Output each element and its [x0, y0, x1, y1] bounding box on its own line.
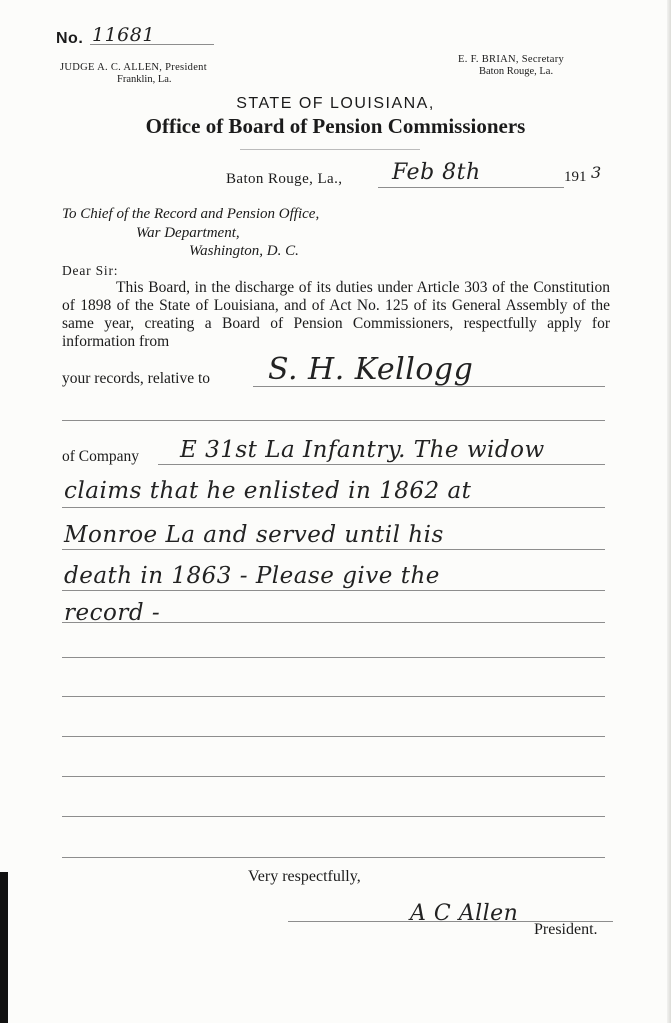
- president-header-name: JUDGE A. C. ALLEN, President: [60, 62, 207, 73]
- pension-form-page: No. 11681 JUDGE A. C. ALLEN, President F…: [0, 0, 671, 1023]
- blank-rule: [62, 420, 605, 421]
- name-rule: [253, 386, 605, 387]
- claim-rule-1: [62, 507, 605, 508]
- claim-line-2: Monroe La and served until his: [64, 522, 444, 548]
- salutation: Dear Sir:: [62, 263, 118, 279]
- claim-rule-4: [62, 622, 605, 623]
- blank-rule: [62, 657, 605, 658]
- blank-rule: [62, 857, 605, 858]
- form-number-rule: [90, 44, 214, 45]
- relative-label: your records, relative to: [62, 370, 210, 388]
- company-handwritten: E 31st La Infantry. The widow: [180, 437, 545, 463]
- president-header-city: Franklin, La.: [117, 74, 172, 85]
- scan-edge-shadow: [0, 872, 8, 1023]
- date-rule: [378, 187, 564, 188]
- blank-rule: [62, 776, 605, 777]
- soldier-name-handwritten: S. H. Kellogg: [268, 352, 473, 387]
- claim-rule-3: [62, 590, 605, 591]
- addressee-line-3: Washington, D. C.: [189, 243, 299, 260]
- body-paragraph-text: This Board, in the discharge of its duti…: [62, 279, 610, 351]
- place-label: Baton Rouge, La.,: [226, 171, 342, 188]
- date-handwritten: Feb 8th: [392, 160, 481, 185]
- blank-rule: [62, 736, 605, 737]
- blank-rule: [62, 696, 605, 697]
- office-heading: Office of Board of Pension Commissioners: [0, 114, 671, 139]
- company-label: of Company: [62, 448, 139, 466]
- body-paragraph: This Board, in the discharge of its duti…: [62, 279, 610, 351]
- form-number-value: 11681: [92, 24, 155, 46]
- company-rule: [158, 464, 605, 465]
- closing: Very respectfully,: [248, 868, 361, 886]
- year-prefix: 191: [564, 169, 587, 186]
- secretary-header-name: E. F. BRIAN, Secretary: [458, 54, 564, 65]
- scan-edge-right: [667, 0, 671, 1023]
- addressee-line-1: To Chief of the Record and Pension Offic…: [62, 206, 319, 223]
- form-number-label: No.: [56, 30, 83, 48]
- signature-title: President.: [534, 921, 598, 939]
- year-suffix-handwritten: 3: [591, 163, 602, 182]
- claim-line-1: claims that he enlisted in 1862 at: [64, 478, 471, 504]
- heading-divider: [240, 149, 420, 150]
- state-heading: STATE OF LOUISIANA,: [0, 95, 671, 113]
- blank-rule: [62, 816, 605, 817]
- secretary-header-city: Baton Rouge, La.: [479, 66, 553, 77]
- addressee-line-2: War Department,: [136, 225, 240, 242]
- signature-handwritten: A C Allen: [410, 901, 518, 926]
- claim-rule-2: [62, 549, 605, 550]
- claim-line-3: death in 1863 - Please give the: [64, 563, 440, 589]
